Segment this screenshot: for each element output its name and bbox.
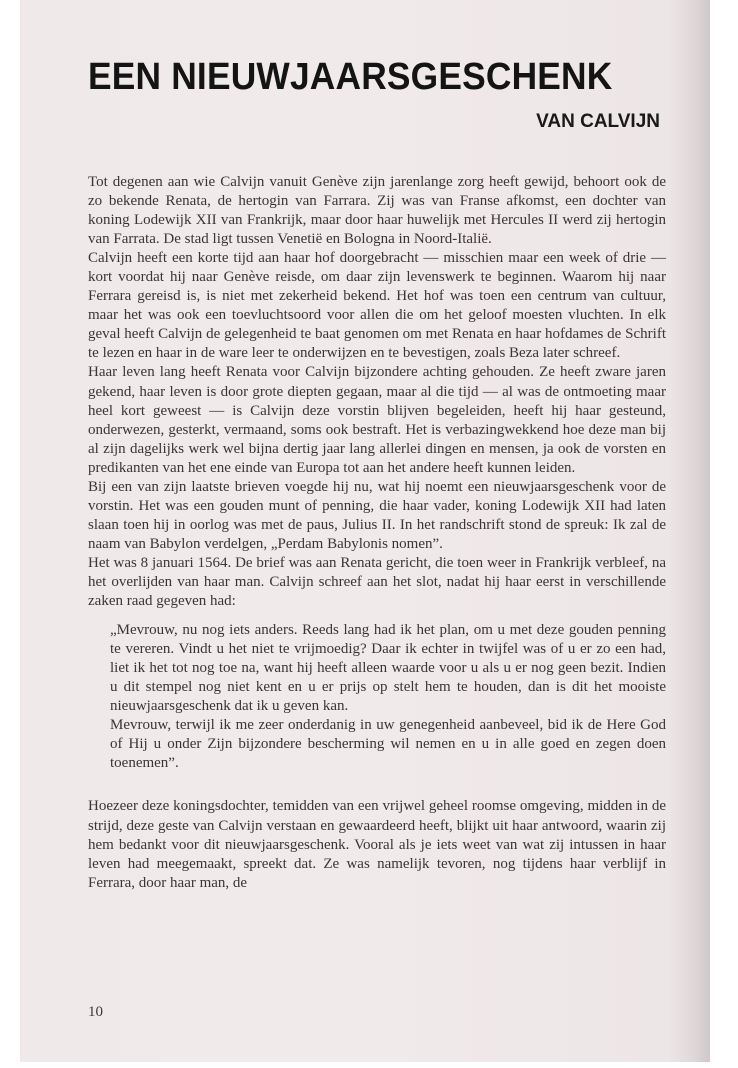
letter-quote: „Mevrouw, nu nog iets anders. Reeds lang… (110, 621, 666, 773)
paragraph: Tot degenen aan wie Calvijn vanuit Genèv… (88, 173, 666, 249)
paragraph: Bij een van zijn laatste brieven voegde … (88, 478, 666, 554)
paragraph: Het was 8 januari 1564. De brief was aan… (88, 554, 666, 611)
paragraph: Haar leven lang heeft Renata voor Calvij… (88, 363, 666, 477)
article-title: EEN NIEUWJAARSGESCHENK (88, 58, 622, 96)
closing-paragraph: Hoezeer deze koningsdochter, temidden va… (88, 797, 666, 892)
quote-paragraph: „Mevrouw, nu nog iets anders. Reeds lang… (110, 621, 666, 716)
document-page: EEN NIEUWJAARSGESCHENK VAN CALVIJN Tot d… (20, 0, 710, 1062)
paragraph: Calvijn heeft een korte tijd aan haar ho… (88, 249, 666, 363)
article-body: Tot degenen aan wie Calvijn vanuit Genèv… (88, 173, 666, 893)
article-subtitle: VAN CALVIJN (536, 112, 660, 131)
page-number: 10 (88, 1004, 103, 1021)
quote-paragraph: Mevrouw, terwijl ik me zeer onderdanig i… (110, 716, 666, 773)
